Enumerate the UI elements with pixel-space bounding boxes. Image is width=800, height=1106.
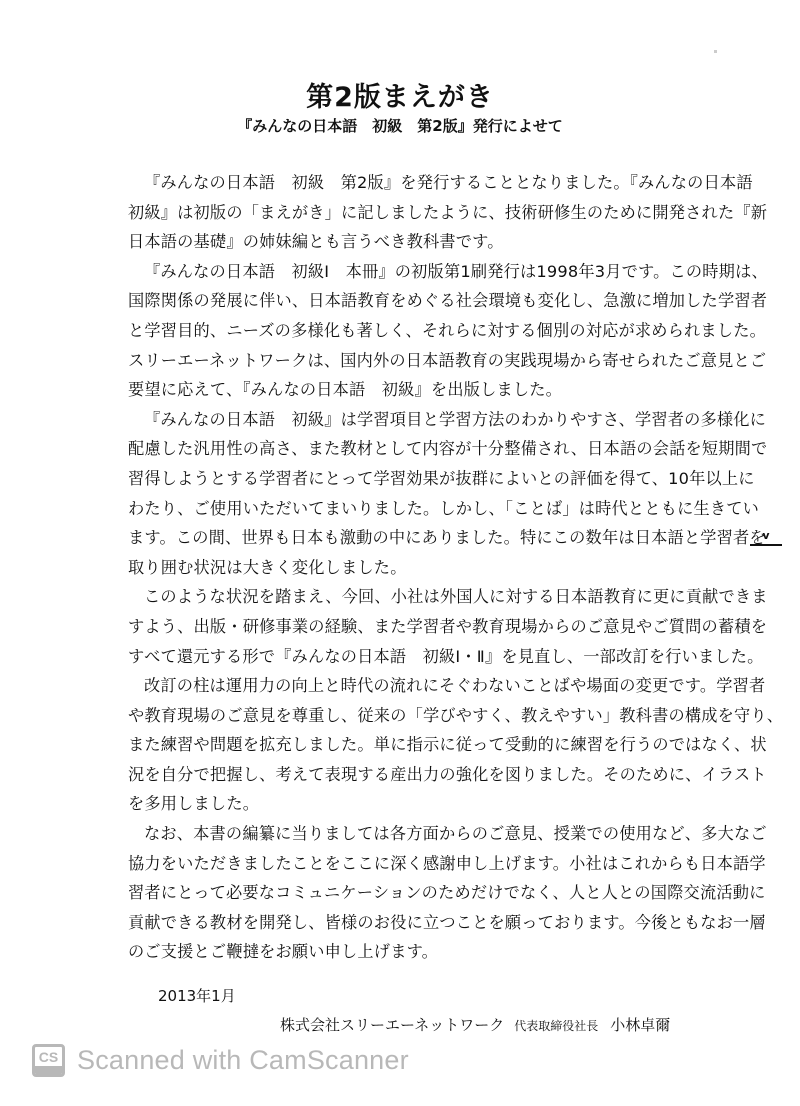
camscanner-logo-icon: CS xyxy=(32,1044,65,1077)
body-line: このような状況を踏まえ、今回、小社は外国人に対する日本語教育に更に貢献できま xyxy=(128,582,708,612)
body-line: 要望に応えて、『みんなの日本語 初級』を出版しました。 xyxy=(128,375,708,405)
body-line: わたり、ご使用いただいてまいりました。しかし、「ことば」は時代とともに生きてい xyxy=(128,494,708,524)
preface-body: 『みんなの日本語 初級 第2版』を発行することとなりました。『みんなの日本語 初… xyxy=(128,168,708,967)
body-line: また練習や問題を拡充しました。単に指示に従って受動的に練習を行うのではなく、状 xyxy=(128,730,708,760)
page-subtitle: 『みんなの日本語 初級 第2版』発行によせて xyxy=(0,116,800,136)
body-line: すべて還元する形で『みんなの日本語 初級Ⅰ・Ⅱ』を見直し、一部改訂を行いました。 xyxy=(128,642,708,672)
body-line: すよう、出版・研修事業の経験、また学習者や教育現場からのご意見やご質問の蓄積を xyxy=(128,612,708,642)
body-line: なお、本書の編纂に当りましては各方面からのご意見、授業での使用など、多大なご xyxy=(128,819,708,849)
scan-speck xyxy=(714,50,717,53)
body-line: や教育現場のご意見を尊重し、従来の「学びやすく、教えやすい」教科書の構成を守り、 xyxy=(128,701,708,731)
body-line: スリーエーネットワークは、国内外の日本語教育の実践現場から寄せられたご意見とご xyxy=(128,346,708,376)
body-line: 日本語の基礎』の姉妹編とも言うべき教科書です。 xyxy=(128,227,708,257)
signature: 株式会社スリーエーネットワーク代表取締役社長小林卓爾 xyxy=(280,1014,670,1037)
body-line: 『みんなの日本語 初級』は学習項目と学習方法のわかりやすさ、学習者の多様化に xyxy=(128,405,708,435)
body-line: 取り囲む状況は大きく変化しました。 xyxy=(128,553,708,583)
body-line: 配慮した汎用性の高さ、また教材として内容が十分整備され、日本語の会話を短期間で xyxy=(128,434,708,464)
company-name: 株式会社スリーエーネットワーク xyxy=(280,1016,504,1034)
watermark-text: Scanned with CamScanner xyxy=(77,1045,409,1076)
scanned-page: 第2版まえがき 『みんなの日本語 初級 第2版』発行によせて 『みんなの日本語 … xyxy=(0,0,800,1106)
body-line: のご支援とご鞭撻をお願い申し上げます。 xyxy=(128,937,708,967)
page-number: v xyxy=(750,530,782,546)
signer-name: 小林卓爾 xyxy=(610,1016,670,1034)
body-line: 改訂の柱は運用力の向上と時代の流れにそぐわないことばや場面の変更です。学習者 xyxy=(128,671,708,701)
body-line: 況を自分で把握し、考えて表現する産出力の強化を図りました。そのために、イラスト xyxy=(128,760,708,790)
signer-role: 代表取締役社長 xyxy=(514,1019,598,1033)
body-line: 習得しようとする学習者にとって学習効果が抜群によいとの評価を得て、10年以上に xyxy=(128,464,708,494)
body-line: 貢献できる教材を開発し、皆様のお役に立つことを願っております。今後ともなお一層 xyxy=(128,908,708,938)
body-line: 習者にとって必要なコミュニケーションのためだけでなく、人と人との国際交流活動に xyxy=(128,878,708,908)
body-line: 国際関係の発展に伴い、日本語教育をめぐる社会環境も変化し、急激に増加した学習者 xyxy=(128,286,708,316)
page-title: 第2版まえがき xyxy=(0,82,800,114)
body-line: を多用しました。 xyxy=(128,789,708,819)
date-line: 2013年1月 xyxy=(158,985,236,1007)
body-line: と学習目的、ニーズの多様化も著しく、それらに対する個別の対応が求められました。 xyxy=(128,316,708,346)
body-line: 初級』は初版の「まえがき」に記しましたように、技術研修生のために開発された『新 xyxy=(128,198,708,228)
body-line: 『みんなの日本語 初級Ⅰ 本冊』の初版第1刷発行は1998年3月です。この時期は… xyxy=(128,257,708,287)
body-line: ます。この間、世界も日本も激動の中にありました。特にこの数年は日本語と学習者を xyxy=(128,523,708,553)
camscanner-watermark: CS Scanned with CamScanner xyxy=(32,1042,409,1078)
body-line: 『みんなの日本語 初級 第2版』を発行することとなりました。『みんなの日本語 xyxy=(128,168,708,198)
body-line: 協力をいただきましたことをここに深く感謝申し上げます。小社はこれからも日本語学 xyxy=(128,849,708,879)
logo-text: CS xyxy=(39,1047,58,1067)
